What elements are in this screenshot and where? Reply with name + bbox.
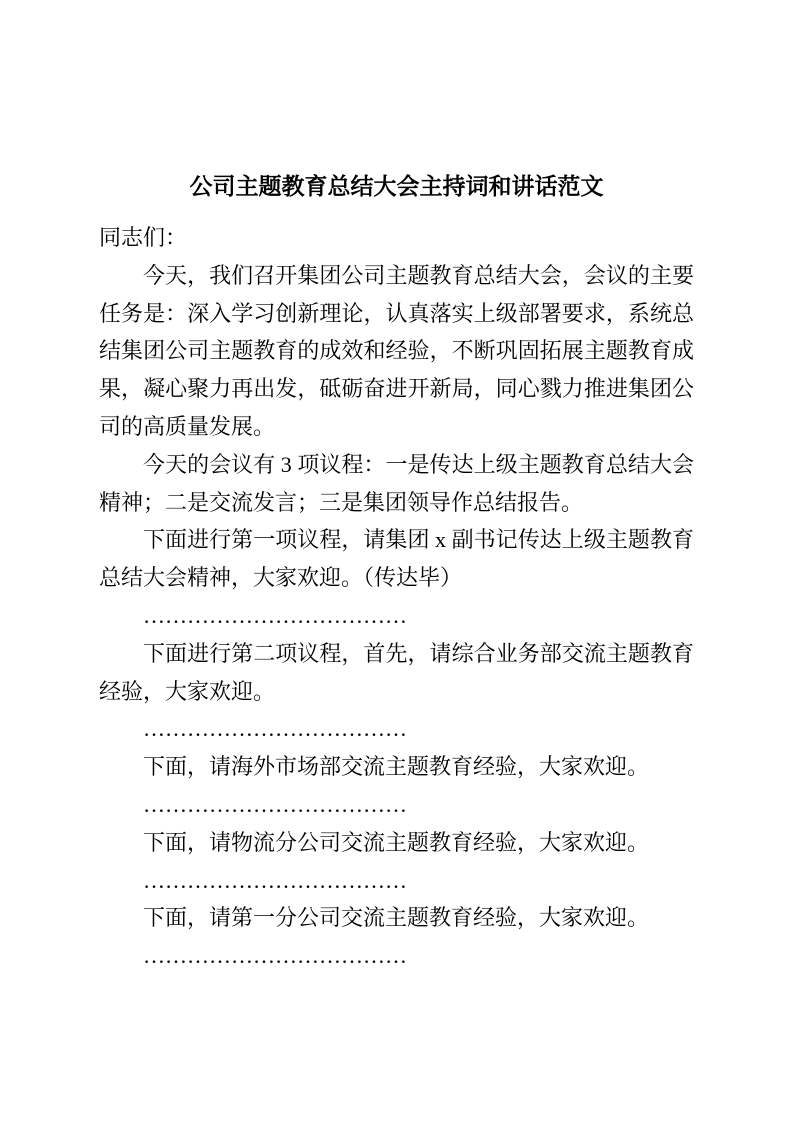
- paragraph: 下面，请第一分公司交流主题教育经验，大家欢迎。: [99, 899, 694, 937]
- document-title: 公司主题教育总结大会主持词和讲话范文: [99, 168, 694, 206]
- paragraph: 下面进行第一项议程，请集团 x 副书记传达上级主题教育总结大会精神，大家欢迎。（…: [99, 521, 694, 597]
- paragraph: 下面，请物流分公司交流主题教育经验，大家欢迎。: [99, 824, 694, 862]
- ellipsis-divider: ………………………………: [99, 937, 694, 975]
- ellipsis-divider: ………………………………: [99, 710, 694, 748]
- ellipsis-divider: ………………………………: [99, 597, 694, 635]
- paragraph: 下面进行第二项议程，首先，请综合业务部交流主题教育经验，大家欢迎。: [99, 635, 694, 711]
- paragraph: 今天，我们召开集团公司主题教育总结大会，会议的主要任务是：深入学习创新理论，认真…: [99, 257, 694, 446]
- paragraph: 今天的会议有 3 项议程：一是传达上级主题教育总结大会精神；二是交流发言；三是集…: [99, 446, 694, 522]
- document-content: 公司主题教育总结大会主持词和讲话范文 同志们：今天，我们召开集团公司主题教育总结…: [99, 168, 694, 975]
- ellipsis-divider: ………………………………: [99, 786, 694, 824]
- salutation: 同志们：: [99, 219, 694, 257]
- document-page: 公司主题教育总结大会主持词和讲话范文 同志们：今天，我们召开集团公司主题教育总结…: [0, 0, 793, 1122]
- document-body: 同志们：今天，我们召开集团公司主题教育总结大会，会议的主要任务是：深入学习创新理…: [99, 219, 694, 975]
- paragraph: 下面，请海外市场部交流主题教育经验，大家欢迎。: [99, 748, 694, 786]
- ellipsis-divider: ………………………………: [99, 862, 694, 900]
